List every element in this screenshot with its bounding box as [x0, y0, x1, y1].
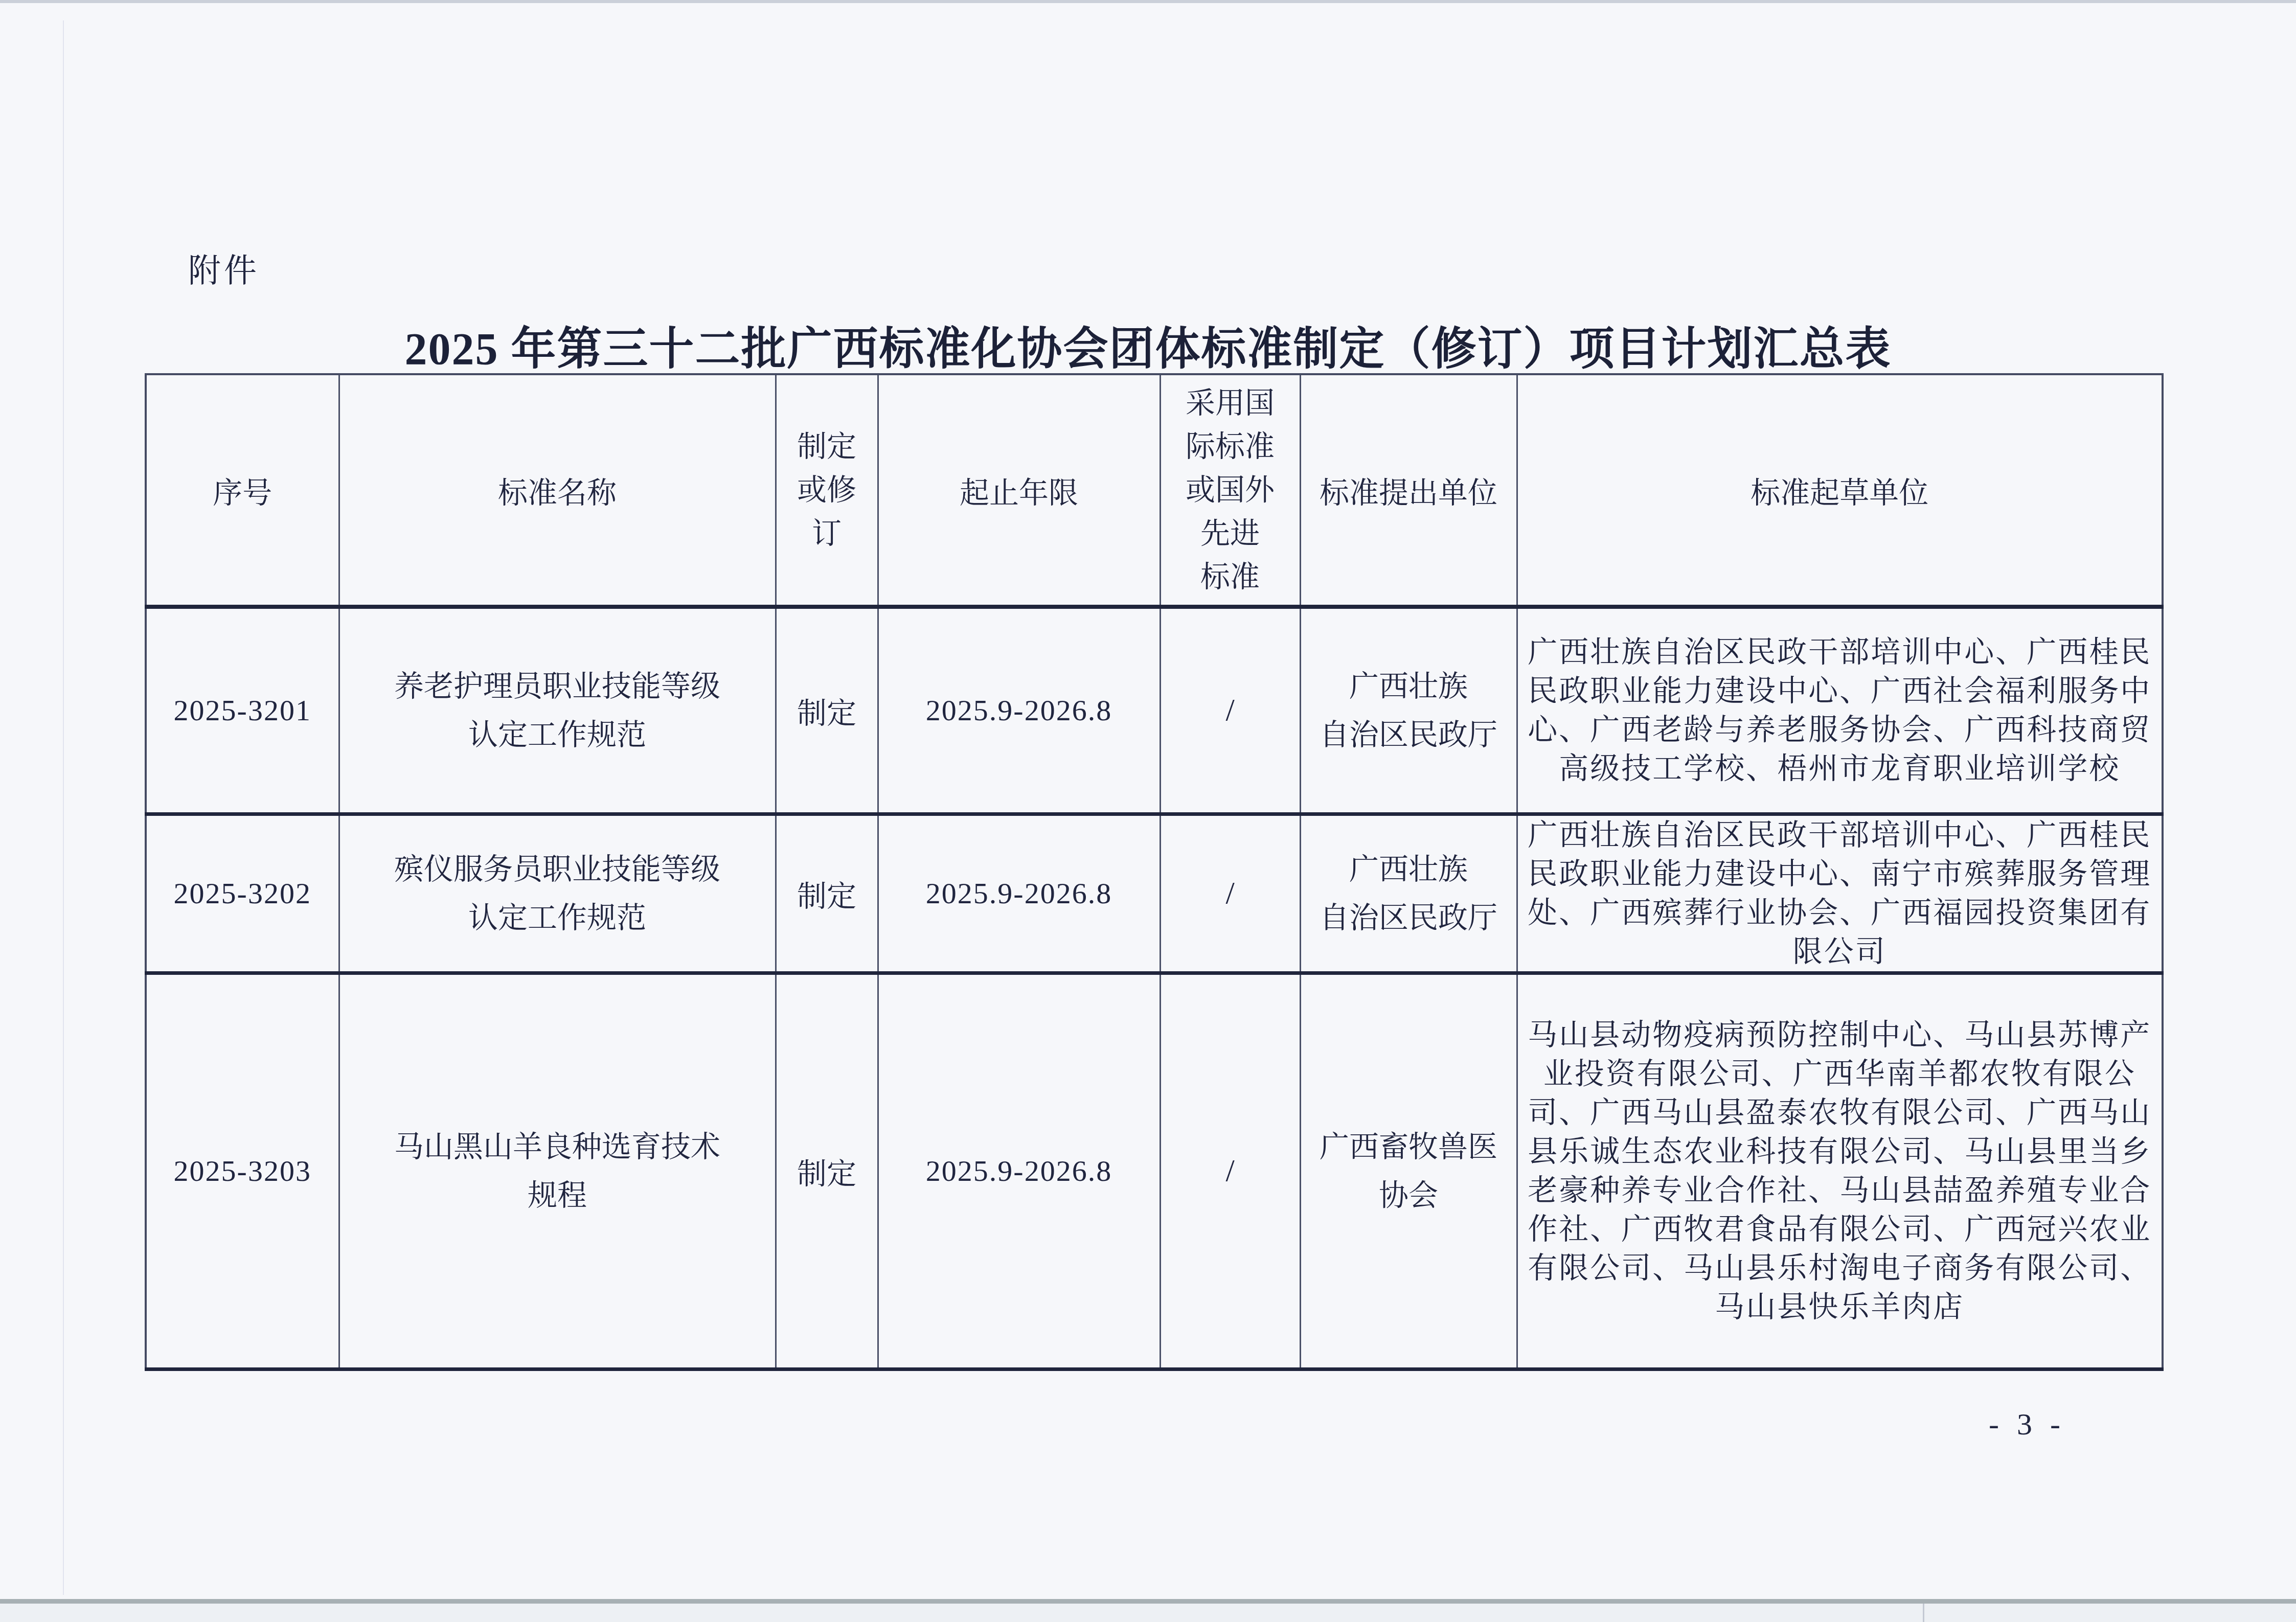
cell-period: 2025.9-2026.8 [878, 973, 1160, 1369]
header-period: 起止年限 [878, 374, 1160, 607]
scan-bottom-band-artifact [0, 1599, 2296, 1604]
scan-bottom-tick-artifact [1923, 1604, 1924, 1622]
cell-period: 2025.9-2026.8 [878, 607, 1160, 814]
page-number: - 3 - [1989, 1407, 2065, 1442]
cell-proposer: 广西畜牧兽医 协会 [1300, 973, 1517, 1369]
page-title: 2025 年第三十二批广西标准化协会团体标准制定（修订）项目计划汇总表 [0, 313, 2296, 377]
cell-drafter: 马山县动物疫病预防控制中心、马山县苏博产业投资有限公司、广西华南羊都农牧有限公司… [1517, 973, 2163, 1369]
scan-top-edge-artifact [0, 0, 2296, 3]
cell-drafter: 广西壮族自治区民政干部培训中心、广西桂民民政职业能力建设中心、南宁市殡葬服务管理… [1517, 814, 2163, 973]
cell-standard-name: 殡仪服务员职业技能等级 认定工作规范 [339, 814, 776, 973]
table-row: 2025-3203 马山黑山羊良种选育技术 规程 制定 2025.9-2026.… [146, 973, 2163, 1369]
cell-type: 制定 [776, 973, 878, 1369]
header-standard-name: 标准名称 [339, 374, 776, 607]
cell-seq: 2025-3201 [146, 607, 339, 814]
scanned-document-page: { "page": { "attachment_label": "附件", "t… [0, 0, 2296, 1622]
header-proposer: 标准提出单位 [1300, 374, 1517, 607]
cell-adopt-intl: / [1160, 814, 1300, 973]
scan-bottom-area-artifact [0, 1604, 2296, 1622]
cell-type: 制定 [776, 607, 878, 814]
cell-standard-name: 养老护理员职业技能等级 认定工作规范 [339, 607, 776, 814]
cell-period: 2025.9-2026.8 [878, 814, 1160, 973]
cell-seq: 2025-3203 [146, 973, 339, 1369]
header-seq: 序号 [146, 374, 339, 607]
cell-seq: 2025-3202 [146, 814, 339, 973]
cell-adopt-intl: / [1160, 607, 1300, 814]
cell-proposer: 广西壮族 自治区民政厅 [1300, 814, 1517, 973]
table-row: 2025-3201 养老护理员职业技能等级 认定工作规范 制定 2025.9-2… [146, 607, 2163, 814]
table-row: 2025-3202 殡仪服务员职业技能等级 认定工作规范 制定 2025.9-2… [146, 814, 2163, 973]
standards-plan-table: 序号 标准名称 制定 或修 订 起止年限 采用国 际标准 或国外 先进 标准 标… [145, 373, 2164, 1371]
header-adopt-intl: 采用国 际标准 或国外 先进 标准 [1160, 374, 1300, 607]
cell-adopt-intl: / [1160, 973, 1300, 1369]
cell-proposer: 广西壮族 自治区民政厅 [1300, 607, 1517, 814]
scan-left-edge-artifact [63, 20, 64, 1595]
header-type: 制定 或修 订 [776, 374, 878, 607]
attachment-label: 附件 [188, 244, 260, 291]
cell-standard-name: 马山黑山羊良种选育技术 规程 [339, 973, 776, 1369]
table-header-row: 序号 标准名称 制定 或修 订 起止年限 采用国 际标准 或国外 先进 标准 标… [146, 374, 2163, 607]
cell-type: 制定 [776, 814, 878, 973]
cell-drafter: 广西壮族自治区民政干部培训中心、广西桂民民政职业能力建设中心、广西社会福利服务中… [1517, 607, 2163, 814]
header-drafter: 标准起草单位 [1517, 374, 2163, 607]
